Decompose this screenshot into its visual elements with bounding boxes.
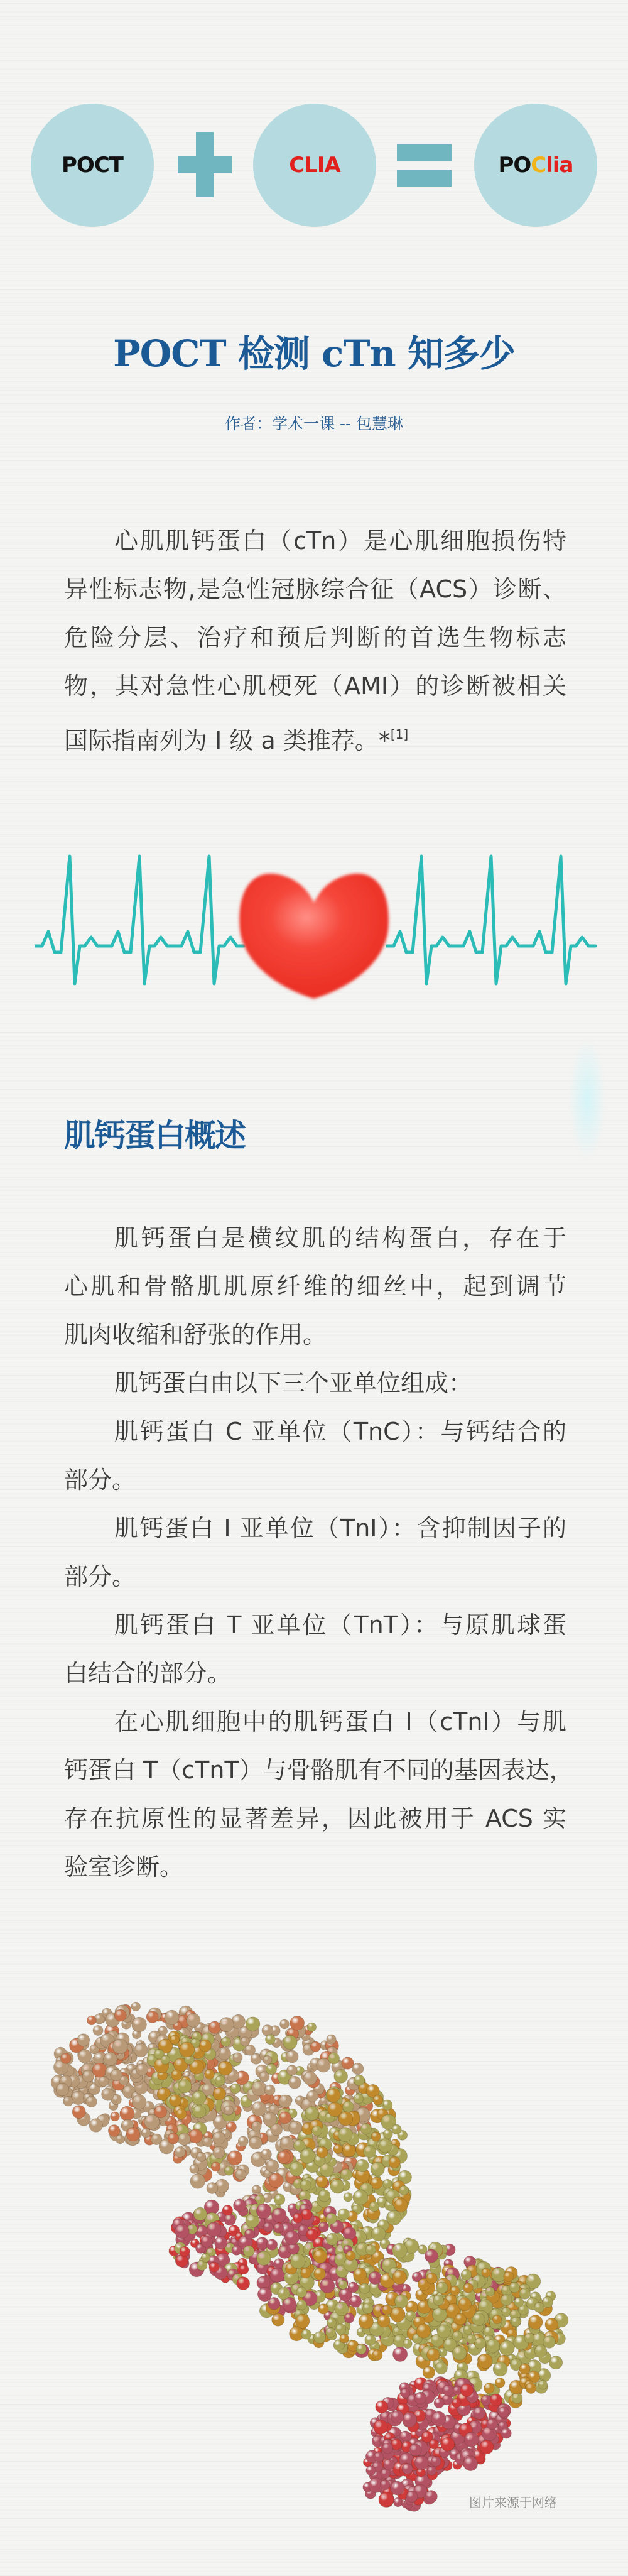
text-line: 部分。	[64, 1456, 566, 1504]
text-line: 心肌和骨骼肌肌原纤维的细丝中，起到调节	[64, 1263, 566, 1311]
poclia-part: PO	[498, 153, 531, 178]
poclia-part: lia	[546, 153, 573, 178]
paragraph: 肌钙蛋白 I 亚单位（TnI）：含抑制因子的部分。	[64, 1504, 566, 1601]
text-line: 在心肌细胞中的肌钙蛋白 I（cTnI）与肌	[64, 1698, 566, 1746]
text-line: 存在抗原性的显著差异，因此被用于 ACS 实	[64, 1795, 566, 1843]
troponin-molecule-image	[0, 1947, 628, 2576]
ecg-line-left	[35, 856, 244, 984]
image-caption: 图片来源于网络	[469, 2492, 557, 2511]
clia-circle: CLIA	[253, 104, 376, 227]
paragraph: 肌钙蛋白 T 亚单位（TnT）：与原肌球蛋白结合的部分。	[64, 1601, 566, 1698]
reference-marker[interactable]: [1]	[391, 727, 408, 742]
poclia-part: C	[531, 153, 546, 178]
heart-icon	[239, 874, 389, 999]
poclia-circle: POClia	[474, 104, 597, 227]
text-line: 肌钙蛋白由以下三个亚单位组成：	[64, 1359, 566, 1408]
text-line: 国际指南列为 I 级 a 类推荐。*[1]	[64, 710, 566, 759]
text-line: 心肌肌钙蛋白（cTn）是心肌细胞损伤特	[64, 517, 566, 565]
heart-ecg-illustration	[0, 817, 628, 1068]
poct-circle: POCT	[31, 104, 154, 227]
text-line: 肌钙蛋白 T 亚单位（TnT）：与原肌球蛋	[64, 1601, 566, 1649]
poct-label: POCT	[62, 153, 123, 178]
paragraph: 肌钙蛋白由以下三个亚单位组成：	[64, 1359, 566, 1408]
intro-paragraph: 心肌肌钙蛋白（cTn）是心肌细胞损伤特异性标志物,是急性冠脉综合征（ACS）诊断…	[64, 517, 566, 759]
text-line: 异性标志物,是急性冠脉综合征（ACS）诊断、	[64, 565, 566, 614]
text-line: 肌钙蛋白 C 亚单位（TnC）：与钙结合的	[64, 1408, 566, 1456]
text-line: 白结合的部分。	[64, 1649, 566, 1698]
text-line: 肌钙蛋白是横纹肌的结构蛋白，存在于	[64, 1214, 566, 1263]
paragraph: 肌钙蛋白是横纹肌的结构蛋白，存在于心肌和骨骼肌肌原纤维的细丝中，起到调节肌肉收缩…	[64, 1214, 566, 1359]
text-line: 物，其对急性心肌梗死（AMI）的诊断被相关	[64, 662, 566, 710]
text-line: 验室诊断。	[64, 1843, 566, 1891]
page-title: POCT 检测 cTn 知多少	[0, 324, 628, 377]
author-line: 作者：学术一课 -- 包慧琳	[0, 411, 628, 434]
paragraph: 肌钙蛋白 C 亚单位（TnC）：与钙结合的部分。	[64, 1408, 566, 1504]
paragraph: 在心肌细胞中的肌钙蛋白 I（cTnI）与肌钙蛋白 T（cTnT）与骨骼肌有不同的…	[64, 1698, 566, 1891]
section-body: 肌钙蛋白是横纹肌的结构蛋白，存在于心肌和骨骼肌肌原纤维的细丝中，起到调节肌肉收缩…	[64, 1214, 566, 1891]
text-line: 肌肉收缩和舒张的作用。	[64, 1311, 566, 1359]
text-line: 钙蛋白 T（cTnT）与骨骼肌有不同的基因表达，	[64, 1746, 566, 1795]
poclia-label: POClia	[498, 153, 573, 178]
text-line: 肌钙蛋白 I 亚单位（TnI）：含抑制因子的	[64, 1504, 566, 1553]
ecg-line-right	[386, 856, 595, 984]
section-heading: 肌钙蛋白概述	[64, 1111, 245, 1156]
text-line: 部分。	[64, 1553, 566, 1601]
clia-label: CLIA	[289, 153, 340, 178]
text-line: 危险分层、治疗和预后判断的首选生物标志	[64, 614, 566, 662]
